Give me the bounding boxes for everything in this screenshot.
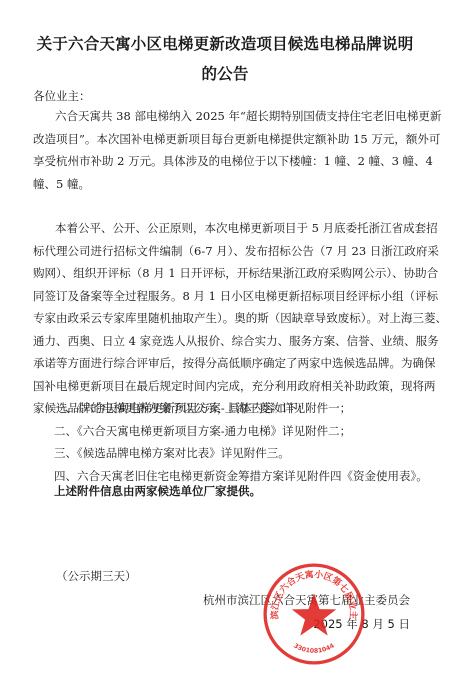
paragraph-line: 国补电梯更新项目在最后规定时间内完成，充分利用政府相关补助政策，现将两 [33,375,413,398]
salutation: 各位业主： [33,88,91,104]
paragraph-line: 标代理公司进行招标文件编制（6-7 月）、发布招标公告（7 月 23 日浙江政府… [33,240,413,263]
attachment-item-2: 二、《六合天寓电梯更新项目方案-通力电梯》详见附件二； [54,420,428,443]
paragraph-line: 幢、5 幢。 [33,173,413,196]
paragraph-line: 本着公平、公开、公正原则，本次电梯更新项目于 5 月底委托浙江省成套招 [33,217,413,240]
svg-text:3301081044: 3301081044 [292,642,336,655]
announcement-title-line1: 关于六合天寓小区电梯更新改造项目候选电梯品牌说明 [0,32,450,54]
paragraph-line: 购网）、组织开评标（8 月 1 日开评标，开标结果浙江政府采购网公示）、协助合 [33,262,413,285]
paragraph-line: 六合天寓共 38 部电梯纳入 2025 年“超长期特别国债支持住宅老旧电梯更新 [33,105,413,128]
paragraph-line: 通力、西奥、日立 4 家竞选人从报价、综合实力、服务方案、信誉、业绩、服务 [33,330,413,353]
announcement-title-line2: 的公告 [0,62,450,84]
paragraph-line: 承诺等方面进行综合评审后，按得分高低顺序确定了两家中选候选品牌。为确保 [33,352,413,375]
paragraph-2: 本着公平、公开、公正原则，本次电梯更新项目于 5 月底委托浙江省成套招 标代理公… [33,217,413,420]
publicity-period: （公示期三天） [56,568,137,584]
date: 2025 年 8 月 5 日 [313,616,410,632]
official-seal-icon: 杭州市滨江区六合天寓小区第七届业主委员会 3301081044 [262,562,366,666]
paragraph-line: 专家由政采云专家库里随机抽取产生）。奥的斯（因缺章导致废标）。对上海三菱、 [33,307,413,330]
signer: 杭州市滨江区六合天寓第七届业主委员会 [203,592,410,608]
attachment-item-1: 一、《六合天寓电梯更新项目方案-上海三菱》详见附件一； [54,397,428,420]
paragraph-line: 改造项目”。本次国补电梯更新项目每台更新电梯提供定额补助 15 万元，额外可 [33,128,413,151]
paragraph-1: 六合天寓共 38 部电梯纳入 2025 年“超长期特别国债支持住宅老旧电梯更新 … [33,105,413,195]
attachment-item-3: 三、《候选品牌电梯方案对比表》详见附件三。 [54,442,428,465]
paragraph-line: 享受杭州市补助 2 万元。具体涉及的电梯位于以下楼幢：1 幢、2 幢、3 幢、4 [33,150,413,173]
attachment-source-note: 上述附件信息由两家候选单位厂家提供。 [54,483,261,499]
attachment-list: 一、《六合天寓电梯更新项目方案-上海三菱》详见附件一； 二、《六合天寓电梯更新项… [54,397,428,487]
paragraph-line: 同签订及备案等全过程服务。8 月 1 日小区电梯更新招标项目经评标小组（评标 [33,285,413,308]
